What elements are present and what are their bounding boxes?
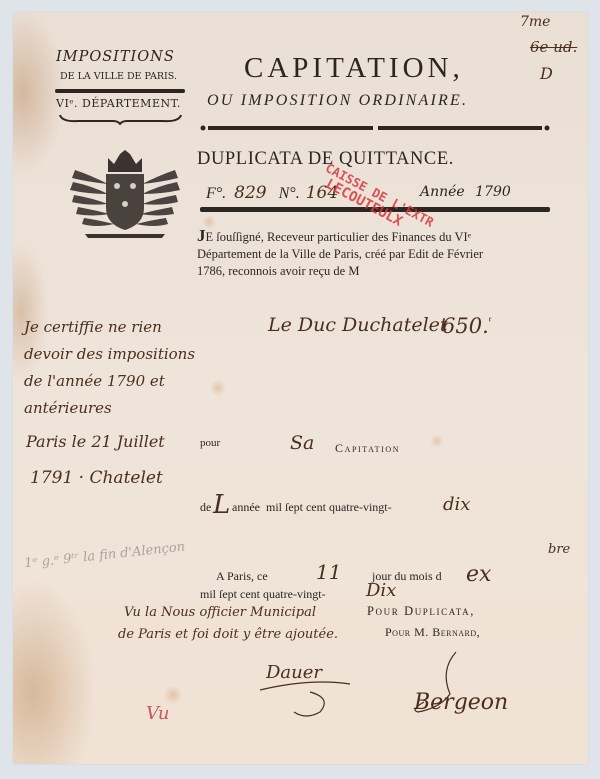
year-line-handwritten-year: dix — [443, 494, 470, 515]
amount-value: 650. — [442, 314, 489, 338]
signature-flourish-icon — [250, 680, 360, 720]
imposition-ordinaire-subtitle: OU IMPOSITION ORDINAIRE. — [207, 92, 468, 110]
corner-note-line-1: 7me — [520, 14, 550, 30]
red-vu-mark: Vu — [146, 703, 169, 724]
margin-certification-note: Je certiffie ne rien devoir des impositi… — [24, 314, 195, 422]
year-line-text: année mil ſept cent quatre-vingt- — [232, 500, 392, 515]
year-label: Année — [420, 184, 465, 200]
pour-duplicata-label: Pour Duplicata, — [367, 604, 475, 619]
pour-m-bernard-label: Pour M. Bernard, — [385, 625, 480, 640]
corner-note-line-2: 6e ud. — [530, 38, 577, 56]
ornamental-rule — [200, 125, 550, 131]
pour-label: pour — [200, 437, 220, 449]
margin-note-line-6: 1791 · Chatelet — [30, 468, 163, 488]
de-label: de — [200, 500, 211, 515]
year-line-handwritten-l: L — [213, 490, 230, 520]
folio-value: 829 — [234, 183, 266, 203]
folio-label: F°. — [206, 185, 226, 202]
body-line-3: 1786, reconnois avoir reçu de M — [197, 263, 483, 280]
margin-note-line-1: Je certiffie ne rien — [24, 314, 195, 341]
receiver-signature-flourish-icon — [410, 650, 500, 720]
capitation-label: Capitation — [335, 441, 400, 456]
drop-initial: J — [197, 226, 206, 245]
body-line-1: E ſouſſigné, Receveur particulier des Fi… — [206, 230, 471, 244]
department-label: VIᵉ. DÉPARTEMENT. — [56, 97, 181, 110]
pour-handwritten: Sa — [290, 432, 314, 454]
capitation-title: CAPITATION, — [244, 52, 464, 85]
payer-name: Le Duc Duchatelet — [268, 314, 448, 336]
certification-line-2: de Paris et foi doit y être ajoutée. — [118, 627, 338, 642]
margin-note-line-5: Paris le 21 Juillet — [26, 432, 165, 451]
date-day: 11 — [316, 560, 341, 584]
body-line-2: Département de la Ville de Paris, créé p… — [197, 246, 483, 263]
year-value: 1790 — [475, 184, 511, 200]
decorative-brace-icon — [58, 113, 183, 125]
ville-de-paris-subtitle: DE LA VILLE DE PARIS. — [60, 71, 177, 82]
margin-note-line-3: de l'année 1790 et — [24, 368, 195, 395]
corner-note-line-3: D — [540, 64, 553, 83]
a-paris-label: A Paris, ce — [216, 569, 268, 584]
date-year-label: mil ſept cent quatre-vingt- — [200, 587, 326, 602]
date-month: ex — [466, 562, 491, 587]
number-label: N°. — [279, 185, 300, 202]
certification-line-1: Vu la Nous officier Municipal — [124, 605, 316, 620]
date-year-handwritten: Dix — [366, 580, 396, 601]
payment-amount: 650.ᵗ — [442, 314, 491, 338]
margin-note-line-4: antérieures — [24, 395, 195, 422]
amount-unit: ᵗ — [489, 315, 492, 328]
royal-crest-icon — [70, 150, 180, 240]
year-field: Année 1790 — [420, 184, 511, 200]
header-left-divider — [55, 89, 185, 93]
date-month-suffix: bre — [548, 542, 570, 557]
receipt-body-text: JE ſouſſigné, Receveur particulier des F… — [197, 227, 483, 280]
margin-note-line-2: devoir des impositions — [24, 341, 195, 368]
impositions-title: IMPOSITIONS — [56, 49, 175, 65]
